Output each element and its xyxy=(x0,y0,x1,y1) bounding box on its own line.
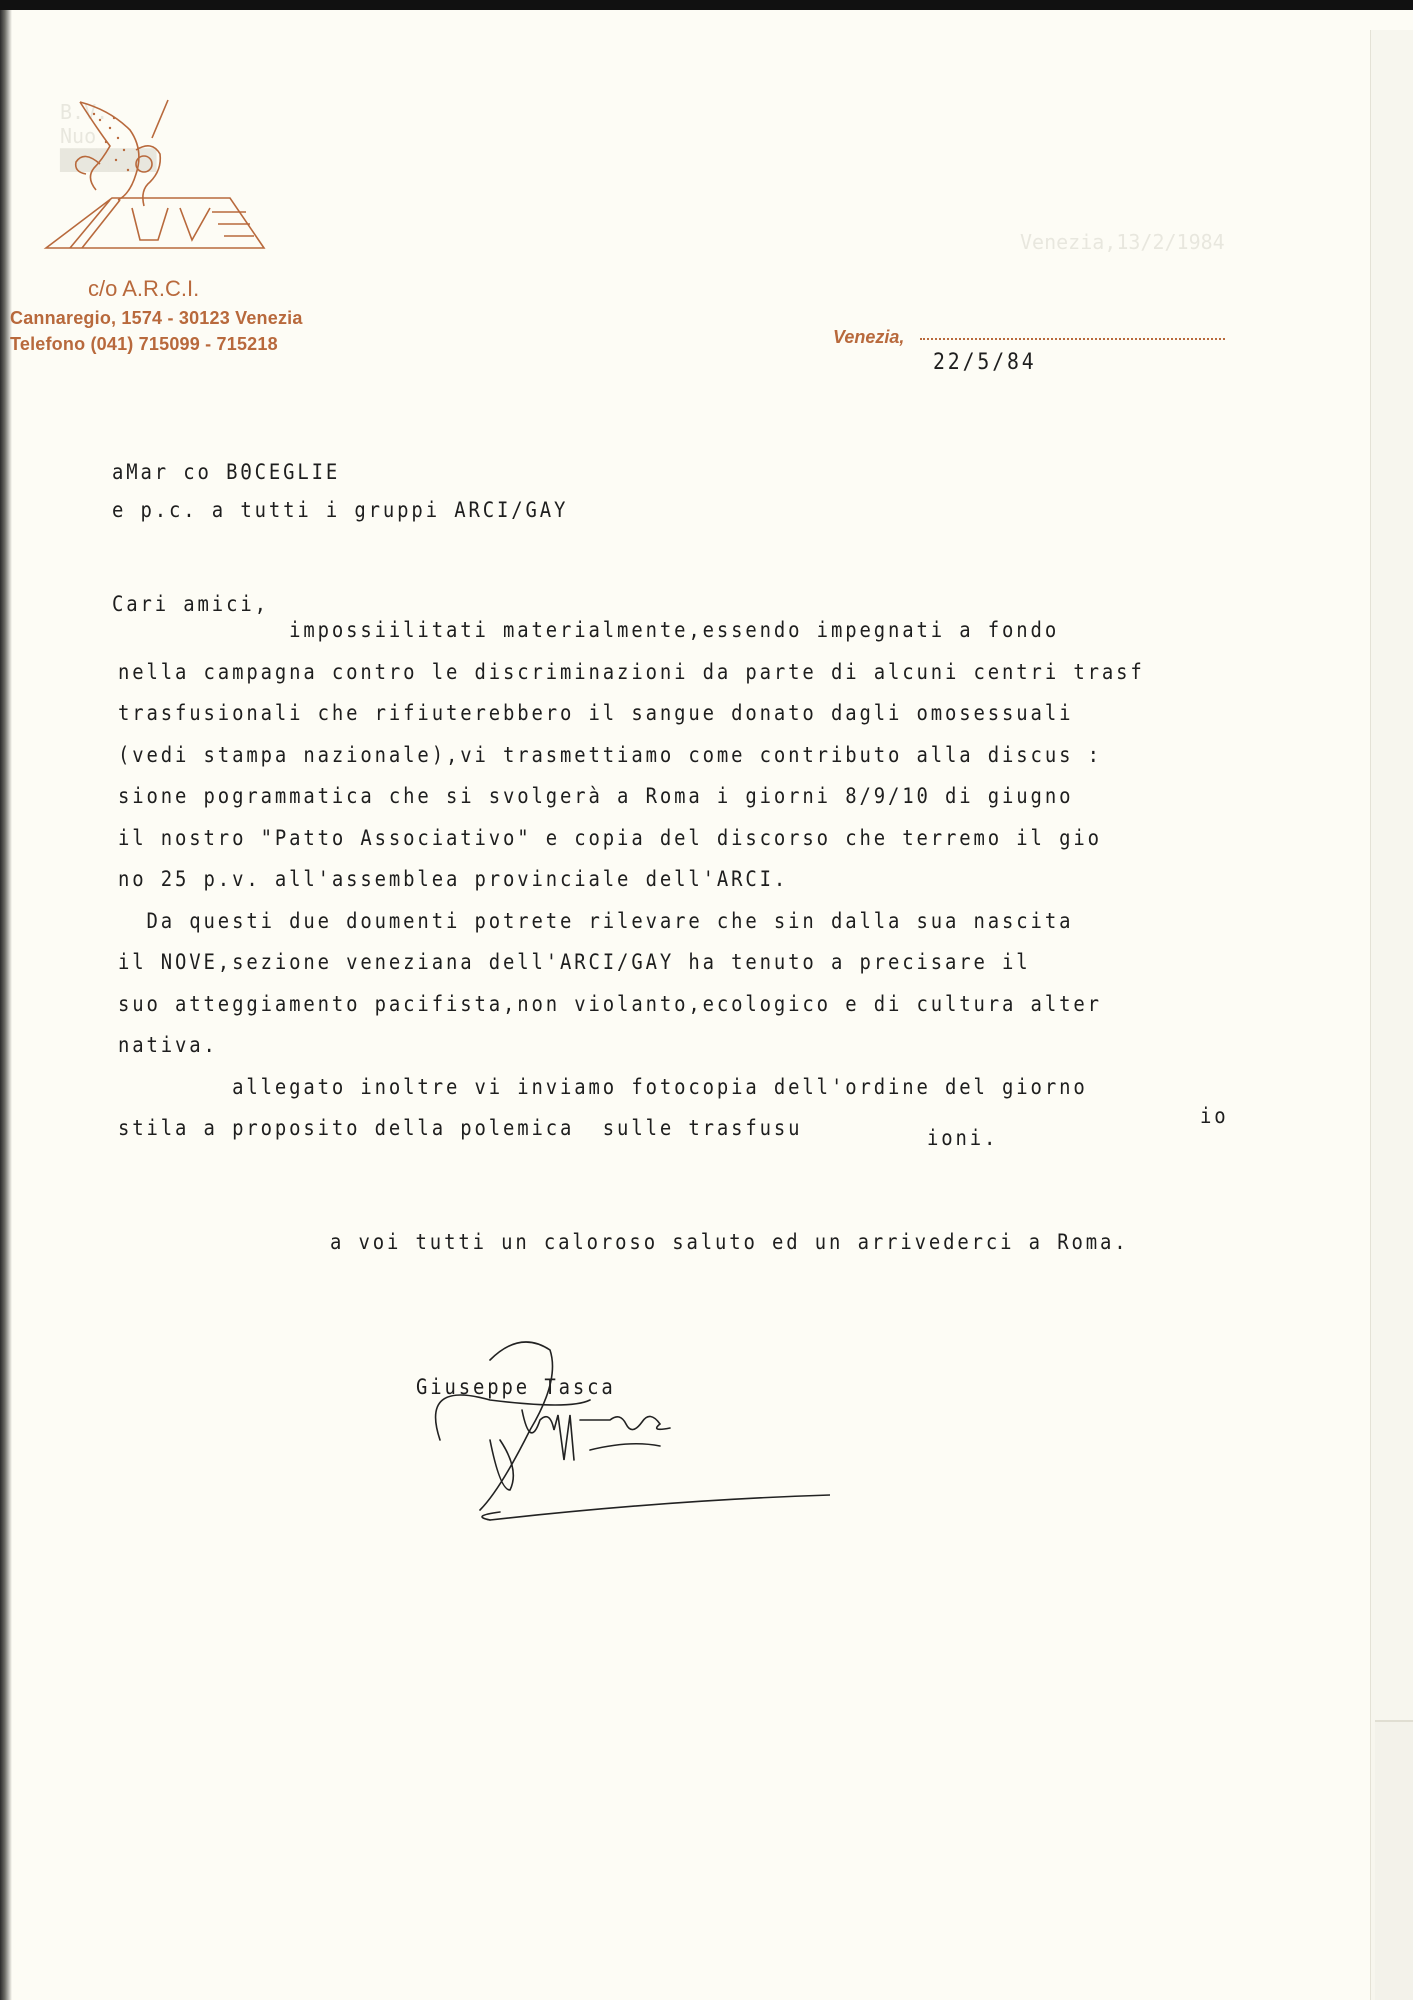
letter-body-line: (vedi stampa nazionale),vi trasmettiamo … xyxy=(118,743,1102,767)
closing-line: a voi tutti un caloroso saluto ed un arr… xyxy=(330,1230,1128,1254)
letter-body-line: nella campagna contro le discriminazioni… xyxy=(118,660,1145,684)
letter-body-line: suo atteggiamento pacifista,non violanto… xyxy=(118,992,1102,1016)
show-through-text: Venezia,13/2/1984 xyxy=(1020,230,1225,254)
letter-body-line: stila a proposito della polemica sulle t… xyxy=(118,1116,802,1140)
letter-body-line: impossiilitati materialmente,essendo imp… xyxy=(118,618,1059,642)
address: Cannaregio, 1574 - 30123 Venezia xyxy=(10,308,303,329)
letter-body-line: il nostro "Patto Associativo" e copia de… xyxy=(118,826,1102,850)
recipient-line-1: aMar co BΘCEGLIE xyxy=(112,460,340,484)
letter-body-line: trasfusionali che rifiuterebbero il sang… xyxy=(118,701,1073,725)
letter-body-line: no 25 p.v. all'assemblea provinciale del… xyxy=(118,867,788,891)
underlying-sheet-edge xyxy=(1370,30,1413,2000)
scan-top-border xyxy=(0,0,1413,10)
recipient-line-2: e p.c. a tutti i gruppi ARCI/GAY xyxy=(112,498,568,522)
letter-body-correction: io xyxy=(1200,1104,1229,1128)
letter-body-line: nativa. xyxy=(118,1033,218,1057)
place-label: Venezia, xyxy=(833,327,904,348)
salutation: Cari amici, xyxy=(112,592,269,616)
phone-number: Telefono (041) 715099 - 715218 xyxy=(10,334,278,355)
letter-body-line: il NOVE,sezione veneziana dell'ARCI/GAY … xyxy=(118,950,1031,974)
underlying-sheet-corner xyxy=(1375,1720,1413,2000)
handwritten-signature xyxy=(430,1320,830,1540)
letter-date: 22/5/84 xyxy=(933,350,1037,375)
letter-body-line: allegato inoltre vi inviamo fotocopia de… xyxy=(118,1075,1088,1099)
letter-body-line: Da questi due doumenti potrete rilevare … xyxy=(118,909,1073,933)
care-of-label: c/o A.R.C.I. xyxy=(88,276,199,302)
nove-lion-logo xyxy=(40,90,270,260)
date-dotted-line xyxy=(920,338,1225,340)
letter-body-line: sione pogrammatica che si svolgerà a Rom… xyxy=(118,784,1073,808)
letter-body-subscript: ioni. xyxy=(927,1126,998,1150)
